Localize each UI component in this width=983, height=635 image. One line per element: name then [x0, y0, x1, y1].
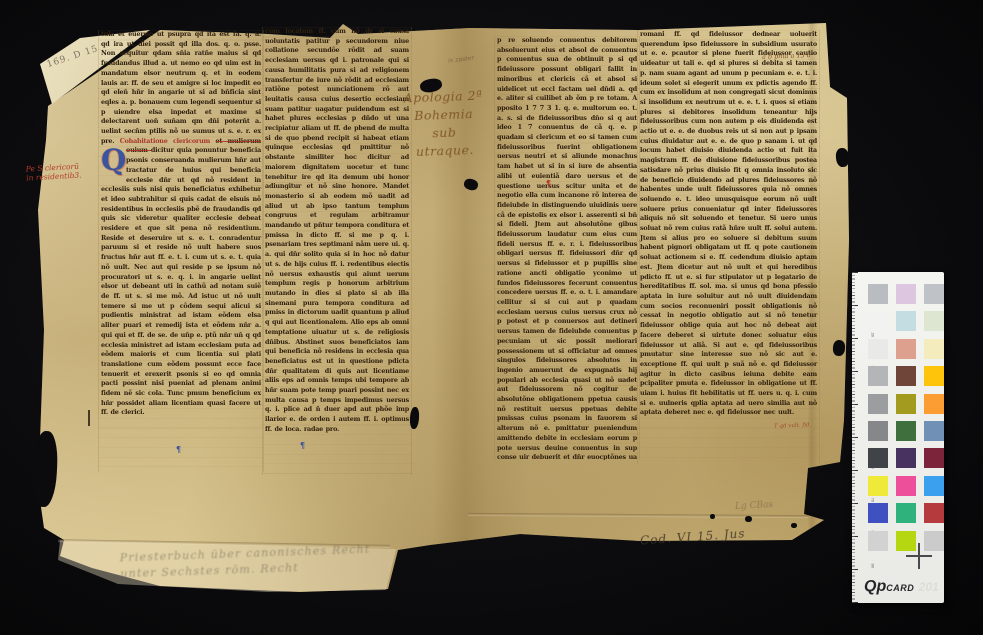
color-patch: [924, 366, 944, 386]
column-text: tula et euersio ut psupra qd ita est fa.…: [101, 30, 261, 145]
color-patch: [868, 284, 888, 304]
column-text: romani ff. qd fideiussor dednear uolueri…: [640, 30, 817, 416]
color-patch: [868, 366, 888, 386]
ruler-label: 90: [843, 564, 876, 570]
text-column-1: tula et euersio ut psupra qd ita est fa.…: [98, 30, 264, 472]
color-patch: [896, 339, 916, 359]
text-column-4: romani ff. qd fideiussor dednear uolueri…: [637, 30, 820, 464]
left-margin-note: Pe S clericorũin residentib3.: [26, 162, 82, 183]
pilcrow-mark-blue: ¶: [300, 440, 305, 450]
color-patch: [868, 311, 888, 331]
text-column-3: p re soluendo conuentus debitorem absolu…: [494, 36, 640, 460]
color-patch: [896, 284, 916, 304]
color-patch: [868, 531, 888, 551]
qpcard-model-number: 201: [919, 580, 939, 594]
faint-ink-note: Lg CBas: [735, 500, 774, 512]
color-patch: [924, 339, 944, 359]
gutter-title-line: utraque.: [393, 140, 498, 162]
qpcard-brand-text: Qp: [864, 578, 886, 595]
color-patch: [868, 448, 888, 468]
rubric-heading: Cohabitatione clericorum: [120, 137, 216, 145]
color-patch: [868, 339, 888, 359]
pilcrow-mark-red: ¶: [546, 178, 551, 188]
margin-tick-mark: [88, 410, 90, 426]
right-margin-note: a b phĩa a 15 d: [762, 51, 811, 61]
color-patch: [924, 311, 944, 331]
color-patch: [896, 503, 916, 523]
parchment-hole: [791, 523, 797, 528]
gutter-title: Apologia 2ªBohemiasubutraque.: [391, 86, 497, 162]
qpcard-color-reference: 102030405060708090 QpCARD 201: [852, 272, 944, 603]
parchment-hole: [745, 516, 752, 522]
color-patch: [896, 448, 916, 468]
color-patch: [924, 394, 944, 414]
registration-cross-icon: [906, 543, 932, 569]
color-patch: [868, 476, 888, 496]
color-patch: [868, 394, 888, 414]
color-patch: [868, 503, 888, 523]
column-text: p re soluendo conuentus debitorem absolu…: [497, 36, 637, 460]
qpcard-brand-text-2: CARD: [886, 583, 914, 593]
pilcrow-mark-blue: ¶: [176, 444, 181, 454]
color-patch: [896, 421, 916, 441]
color-patch: [924, 476, 944, 496]
color-patch: [868, 421, 888, 441]
qpcard-ruler: 102030405060708090: [852, 272, 862, 603]
color-patch: [896, 394, 916, 414]
color-patch: [896, 311, 916, 331]
color-patch: [924, 421, 944, 441]
text-column-2: cum locatum ff. cum nõ dr si causa uolun…: [262, 27, 412, 475]
color-patch: [924, 503, 944, 523]
qpcard-ruler-labels: 102030405060708090: [856, 286, 862, 583]
color-patch: [896, 476, 916, 496]
color-patch: [896, 366, 916, 386]
illuminated-initial: Q: [101, 147, 123, 176]
column-text: dicitur quia ponuntur beneficia psonis c…: [101, 146, 261, 416]
color-patch: [924, 284, 944, 304]
column-text: cum locatum ff. cum nõ dr si causa uolun…: [265, 27, 409, 433]
qpcard-patch-grid: [868, 284, 944, 551]
parchment-hole: [710, 514, 715, 519]
qpcard-logo: QpCARD 201: [864, 578, 939, 596]
color-patch: [924, 448, 944, 468]
photograph-stage: 169. D 15 tula et euersio ut psupra qd i…: [0, 0, 983, 635]
